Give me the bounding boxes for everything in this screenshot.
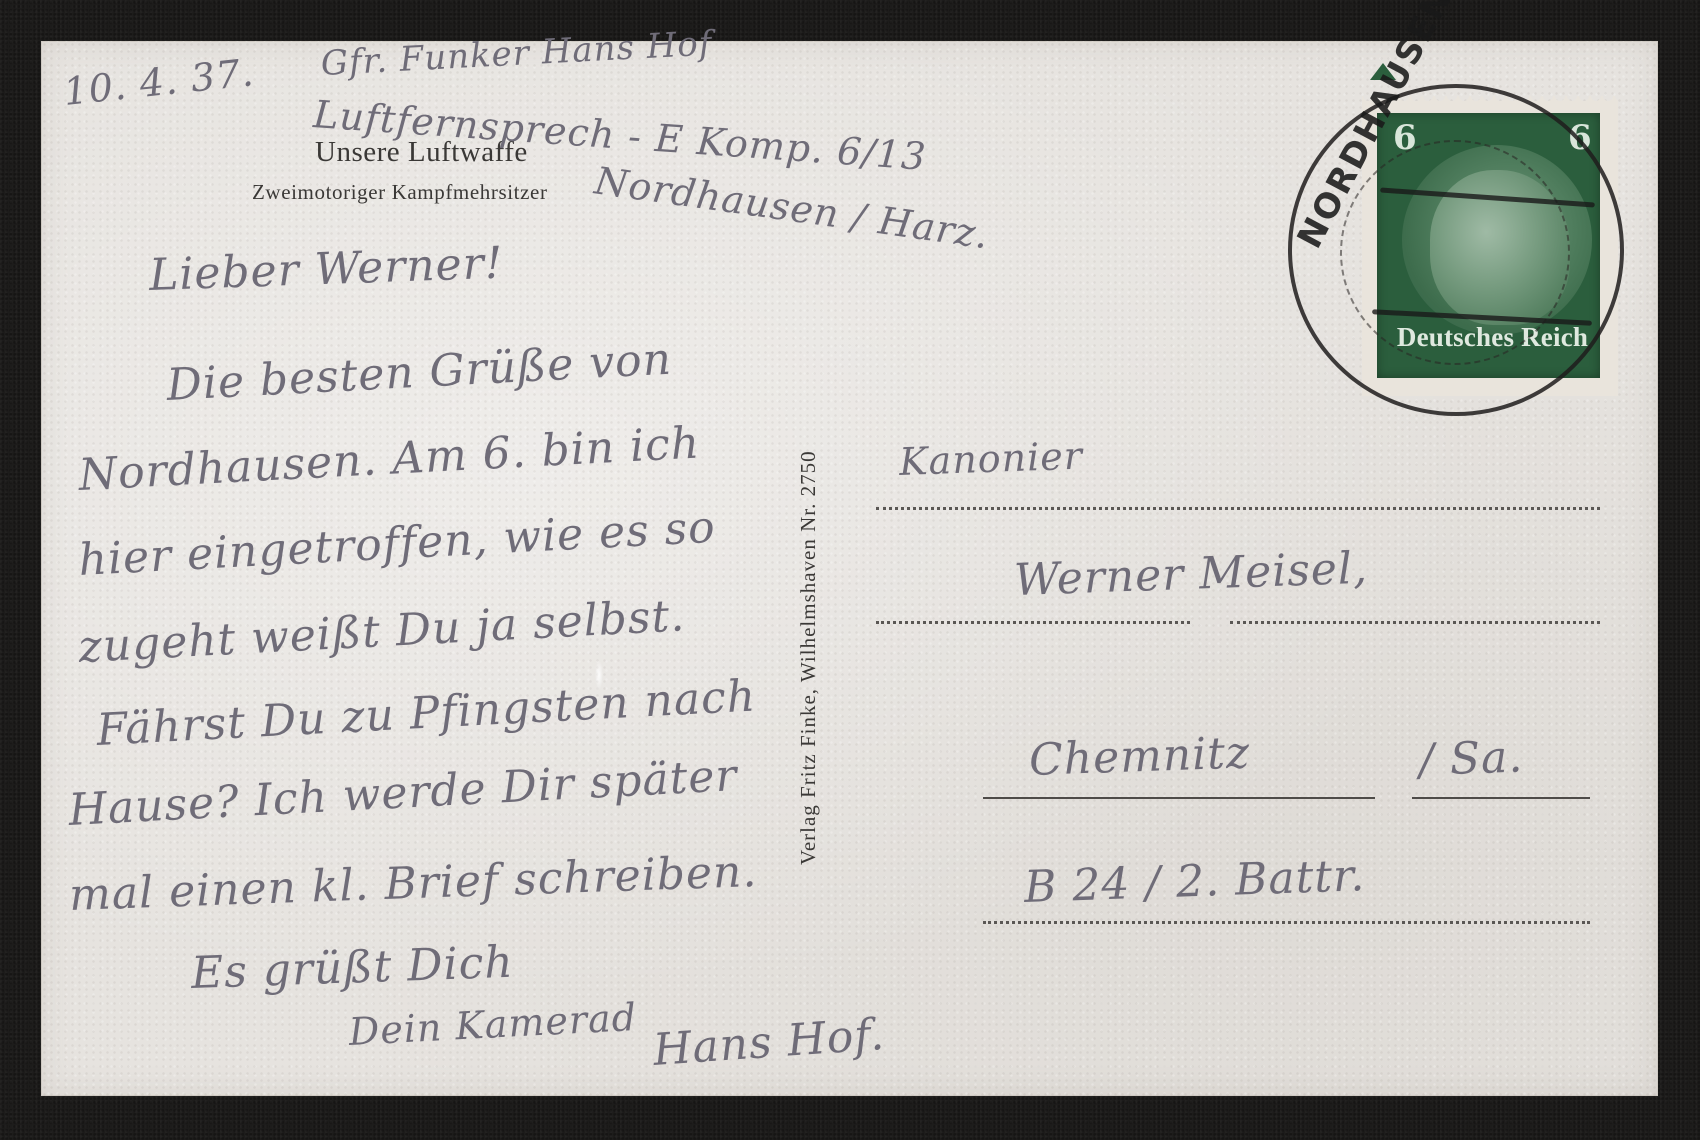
address-city: Chemnitz [1028,727,1251,786]
address-line-1 [876,507,1600,510]
postmark-inner-ring [1340,140,1570,365]
printed-subtitle: Zweimotoriger Kampfmehrsitzer [252,180,548,205]
publisher-imprint: Verlag Fritz Finke, Wilhelmshaven Nr. 27… [796,450,821,865]
address-title: Kanonier [898,434,1083,484]
paper-crease-mark [595,660,603,690]
address-line-2a [876,621,1190,624]
address-line-3a [983,797,1375,799]
address-region: / Sa. [1418,731,1524,786]
address-line-4 [983,921,1590,924]
address-line-3b [1412,797,1590,799]
address-line-2b [1230,621,1600,624]
